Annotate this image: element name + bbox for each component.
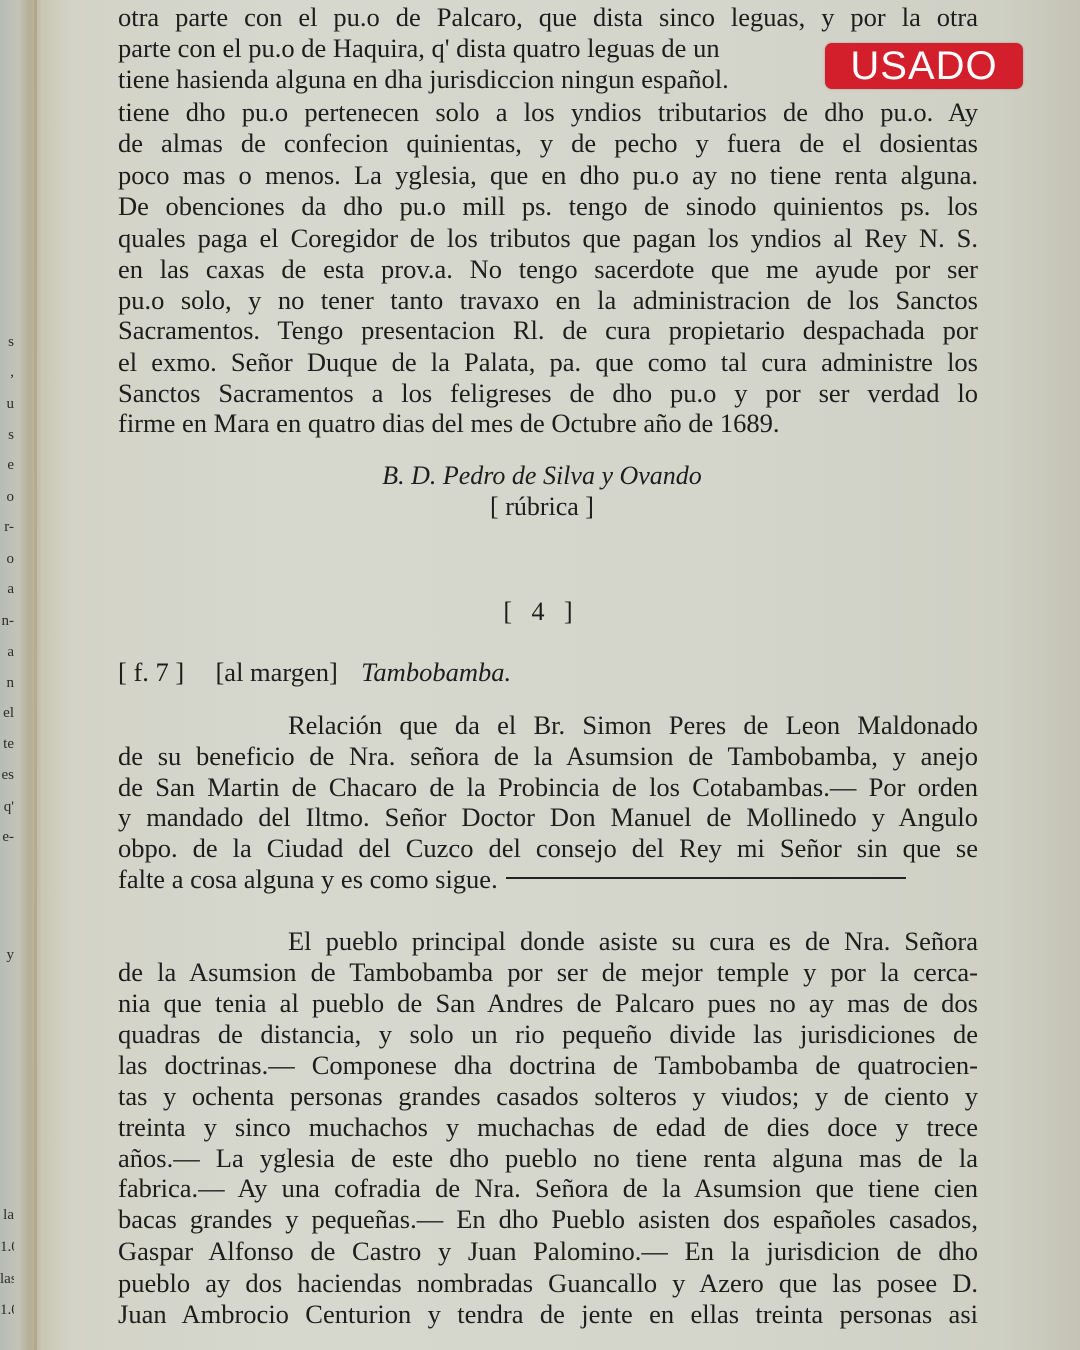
text-line: las doctrinas.— Componese dha doctrina d… <box>118 1050 978 1080</box>
text-line: De obenciones da dho pu.o mill ps. tengo… <box>118 191 978 221</box>
margin-text-fragment: es <box>0 768 14 783</box>
text-line: obpo. de la Ciudad del Cuzco del consejo… <box>118 833 978 863</box>
text-line: Sacramentos. Tengo presentacion Rl. de c… <box>118 315 978 345</box>
margin-text-fragment: r- <box>0 520 14 535</box>
margin-text-fragment: o <box>0 490 14 505</box>
text-line: tiene dho pu.o pertenecen solo a los ynd… <box>118 97 978 127</box>
section-header: [ f. 7 ] [al margen] Tambobamba. <box>118 657 978 687</box>
text-line: de su beneficio de Nra. señora de la Asu… <box>118 741 978 771</box>
margin-text-fragment: s <box>0 428 14 443</box>
margin-text-fragment: la <box>0 1208 14 1223</box>
text-line: de San Martin de Chacaro de la Probincia… <box>118 772 978 802</box>
margin-text-fragment: , <box>0 365 14 380</box>
text-line: y mandado del Iltmo. Señor Doctor Don Ma… <box>118 802 978 832</box>
text-line: Sanctos Sacramentos a los feligreses de … <box>118 378 978 408</box>
margin-text-fragment: o <box>0 552 14 567</box>
text-line: El pueblo principal donde asiste su cura… <box>118 926 978 956</box>
text-line: de almas de confecion quinientas, y de p… <box>118 128 978 158</box>
rubrica-note: [ rúbrica ] <box>112 492 972 522</box>
section-number: [ 4 ] <box>108 597 968 627</box>
text-line: treinta y sinco muchachos y muchachas de… <box>118 1112 978 1142</box>
margin-text-fragment: s <box>0 335 14 350</box>
margin-text-fragment: n- <box>0 614 14 629</box>
text-line: el exmo. Señor Duque de la Palata, pa. q… <box>118 347 978 377</box>
text-line: quadras de distancia, y solo un rio pequ… <box>118 1019 978 1049</box>
margin-text-fragment: q' <box>0 800 14 815</box>
margin-text-fragment: a <box>0 582 14 597</box>
margin-text-fragment: 1.0 <box>0 1303 14 1318</box>
margin-text-fragment: las <box>0 1272 14 1287</box>
text-line: falte a cosa alguna y es como sigue. <box>118 864 978 894</box>
margin-text-fragment: e- <box>0 830 14 845</box>
signature-name: B. D. Pedro de Silva y Ovando <box>112 461 972 491</box>
margin-text-fragment: n <box>0 676 14 691</box>
text-line: Gaspar Alfonso de Castro y Juan Palomino… <box>118 1236 978 1266</box>
fill-rule <box>506 877 906 879</box>
book-gutter <box>34 0 37 1350</box>
text-line: Juan Ambrocio Centurion y tendra de jent… <box>118 1299 978 1329</box>
text-line: fabrica.— Ay una cofradia de Nra. Señora… <box>118 1173 978 1203</box>
text-line-content: falte a cosa alguna y es como sigue. <box>118 864 498 894</box>
text-line: otra parte con el pu.o de Palcaro, que d… <box>118 2 978 32</box>
margin-text-fragment: el <box>0 706 14 721</box>
text-line: nia que tenia al pueblo de San Andres de… <box>118 988 978 1018</box>
text-line: pu.o solo, y no tener tanto travaxo en l… <box>118 285 978 315</box>
text-line: poco mas o menos. La yglesia, que en dho… <box>118 160 978 190</box>
text-line: quales paga el Coregidor de los tributos… <box>118 223 978 253</box>
margin-note-label: [al margen] <box>215 657 337 687</box>
text-line: Relación que da el Br. Simon Peres de Le… <box>118 710 978 740</box>
margin-text-fragment: u <box>0 397 14 412</box>
margin-text-fragment: 1.0 <box>0 1240 14 1255</box>
text-line: años.— La yglesia de este dho pueblo no … <box>118 1143 978 1173</box>
text-line: de la Asumsion de Tambobamba por ser de … <box>118 957 978 987</box>
text-line: en las caxas de esta prov.a. No tengo sa… <box>118 254 978 284</box>
text-line: firme en Mara en quatro dias del mes de … <box>118 408 978 438</box>
text-line: tas y ochenta personas grandes casados s… <box>118 1081 978 1111</box>
text-line: pueblo ay dos haciendas nombradas Guanca… <box>118 1268 978 1298</box>
margin-text-fragment: y <box>0 948 14 963</box>
place-name: Tambobamba. <box>361 657 511 687</box>
margin-text-fragment: e <box>0 458 14 473</box>
used-condition-badge: USADO <box>825 43 1023 89</box>
text-line: bacas grandes y pequeñas.— En dho Pueblo… <box>118 1204 978 1234</box>
margin-text-fragment: a <box>0 645 14 660</box>
margin-text-fragment: te <box>0 737 14 752</box>
folio-reference: [ f. 7 ] <box>118 657 184 687</box>
